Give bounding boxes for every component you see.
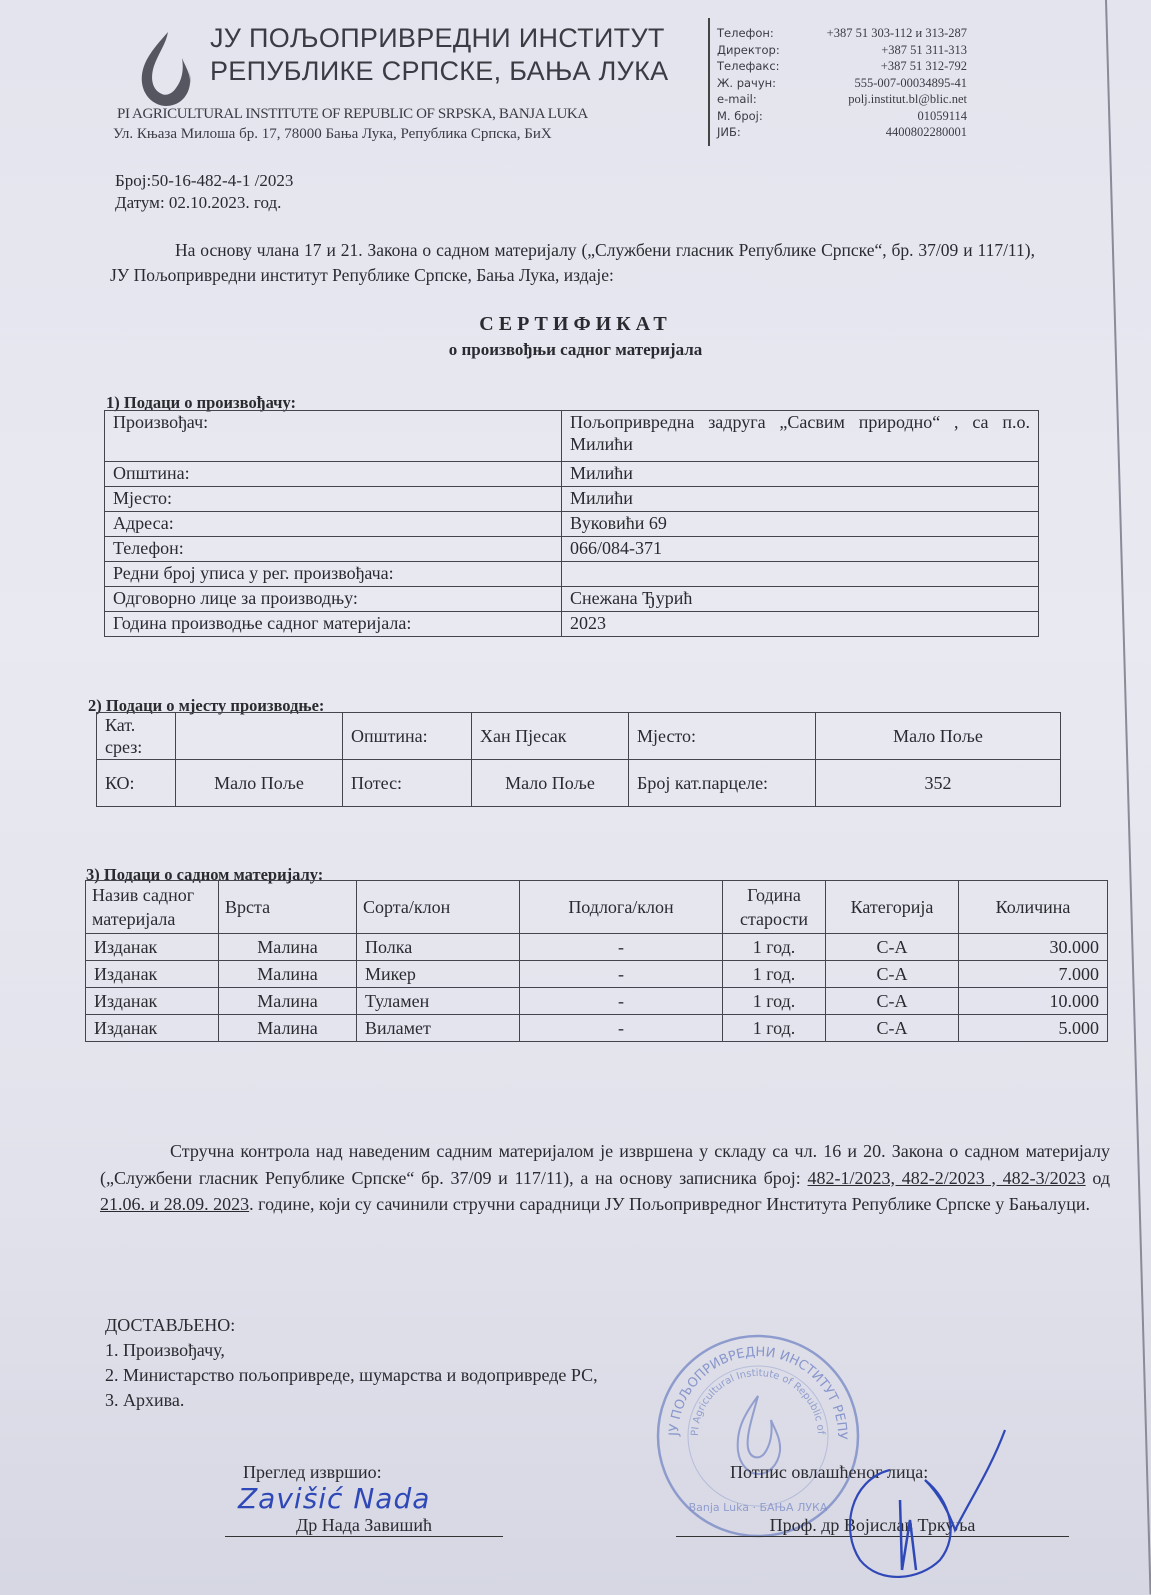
- reviewer-signature: Zavišić Nada: [238, 1482, 430, 1515]
- table-row: ИзданакМалинаТуламен-1 год.C-A10.000: [86, 988, 1108, 1015]
- table-row: Адреса:Вуковићи 69: [105, 512, 1039, 537]
- organization-name-english: PI AGRICULTURAL INSTITUTE OF REPUBLIC OF…: [117, 106, 588, 123]
- contact-row-fax: Телефакс:+387 51 312-792: [717, 58, 967, 75]
- table-row: Кат. срез: Општина: Хан Пјесак Мјесто: М…: [97, 713, 1061, 760]
- table-row: ИзданакМалинаВиламет-1 год.C-A5.000: [86, 1015, 1108, 1042]
- list-item: 1. Произвођачу,: [105, 1338, 598, 1363]
- contact-row-mb: М. број:01059114: [717, 108, 967, 125]
- document-subtitle: о произвођњи садног материјала: [0, 340, 1151, 360]
- org-name-line1: ЈУ ПОЉОПРИВРЕДНИ ИНСТИТУТ: [210, 22, 668, 55]
- record-numbers: 482-1/2023, 482-2/2023 , 482-3/2023: [808, 1168, 1086, 1188]
- authorized-signature-icon: [830, 1420, 1020, 1590]
- contact-row-phone: Телефон:+387 51 303-112 и 313-287: [717, 25, 967, 42]
- document-title: СЕРТИФИКАТ: [0, 313, 1151, 336]
- table-row: ИзданакМалинаПолка-1 год.C-A30.000: [86, 934, 1108, 961]
- table-row: Мјесто:Милићи: [105, 487, 1039, 512]
- reference-block: Број:50-16-482-4-1 /2023 Датум: 02.10.20…: [115, 170, 293, 214]
- delivered-list: ДОСТАВЉЕНО: 1. Произвођачу, 2. Министарс…: [105, 1313, 598, 1413]
- organization-name: ЈУ ПОЉОПРИВРЕДНИ ИНСТИТУТ РЕПУБЛИКЕ СРПС…: [210, 22, 668, 88]
- table-row: Произвођач:Пољопривредна задруга „Сасвим…: [105, 411, 1039, 462]
- table-row: КО: Мало Поље Потес: Мало Поље Број кат.…: [97, 760, 1061, 807]
- contact-row-email: e-mail:polj.institut.bl@blic.net: [717, 91, 967, 108]
- contact-block: Телефон:+387 51 303-112 и 313-287 Директ…: [717, 25, 967, 141]
- table-row: Општина:Милићи: [105, 462, 1039, 487]
- org-name-line2: РЕПУБЛИКЕ СРПСКЕ, БАЊА ЛУКА: [210, 55, 668, 88]
- reviewer-name: Др Нада Завишић: [225, 1515, 503, 1537]
- table-row: Одговорно лице за производњу:Снежана Ђур…: [105, 587, 1039, 612]
- list-item: 3. Архива.: [105, 1388, 598, 1413]
- reviewer-label: Преглед извршио:: [243, 1462, 382, 1483]
- control-paragraph: Стручна контрола над наведеним садним ма…: [100, 1138, 1110, 1218]
- svg-text:Banja Luka · БАЊА ЛУКА: Banja Luka · БАЊА ЛУКА: [689, 1501, 828, 1514]
- intro-paragraph: На основу члана 17 и 21. Закона о садном…: [110, 238, 1035, 288]
- organization-address: Ул. Књаза Милоша бр. 17, 78000 Бања Лука…: [113, 126, 552, 143]
- reference-number: Број:50-16-482-4-1 /2023: [115, 170, 293, 192]
- table-row: Редни број уписа у рег. произвођача:: [105, 562, 1039, 587]
- producer-table: Произвођач:Пољопривредна задруга „Сасвим…: [104, 410, 1039, 637]
- contact-row-director: Директор:+387 51 311-313: [717, 42, 967, 59]
- location-table: Кат. срез: Општина: Хан Пјесак Мјесто: М…: [96, 712, 1061, 807]
- record-dates: 21.06. и 28.09. 2023: [100, 1194, 249, 1214]
- table-row: Телефон:066/084-371: [105, 537, 1039, 562]
- list-item: 2. Министарство пољопривреде, шумарства …: [105, 1363, 598, 1388]
- reference-date: Датум: 02.10.2023. год.: [115, 192, 293, 214]
- contact-row-account: Ж. рачун:555-007-00034895-41: [717, 75, 967, 92]
- table-row: ИзданакМалинаМикер-1 год.C-A7.000: [86, 961, 1108, 988]
- header-divider: [708, 18, 710, 146]
- flame-drop-logo-icon: [130, 28, 200, 108]
- certificate-document: ЈУ ПОЉОПРИВРЕДНИ ИНСТИТУТ РЕПУБЛИКЕ СРПС…: [0, 0, 1151, 1595]
- planting-material-table: Назив садног материјала Врста Сорта/клон…: [85, 880, 1108, 1042]
- contact-row-jib: ЈИБ:4400802280001: [717, 124, 967, 141]
- table-header-row: Назив садног материјала Врста Сорта/клон…: [86, 881, 1108, 934]
- table-row: Година производње садног материјала:2023: [105, 612, 1039, 637]
- delivered-title: ДОСТАВЉЕНО:: [105, 1313, 598, 1338]
